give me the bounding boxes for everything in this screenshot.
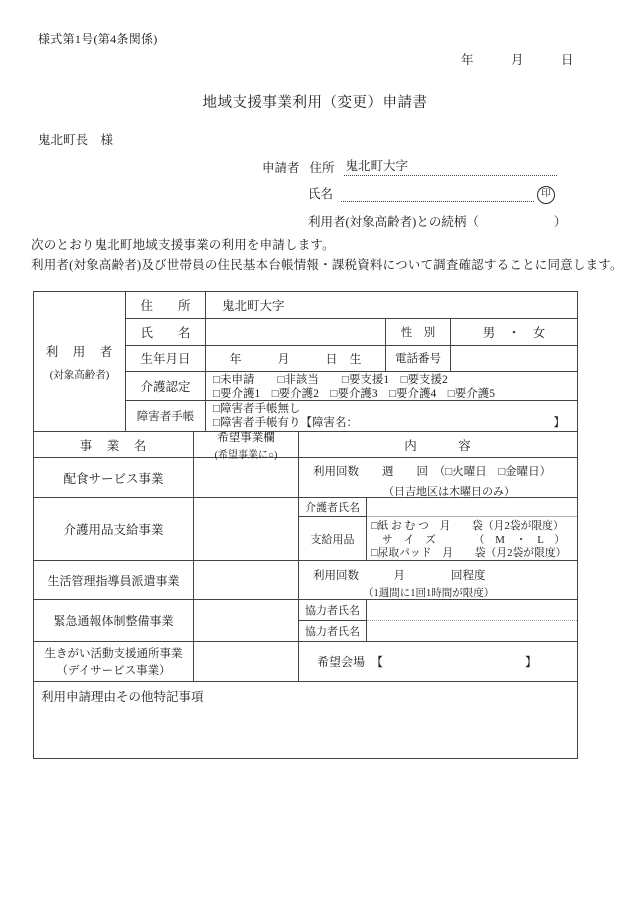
supplied-items-options: □紙 お む つ 月 袋（月2袋が限度） サ イ ズ （ M ・ L ） □尿取… — [367, 517, 577, 560]
gender-value: 男 ・ 女 — [451, 319, 577, 345]
advisor-note-line: （1週間に1回1時間が限度） — [313, 585, 577, 600]
advisor-content: 利用回数 月 回程度 （1週間に1回1時間が限度） — [299, 561, 577, 599]
caregiver-name-label: 介護者氏名 — [299, 498, 367, 517]
service-header-name: 事 業 名 — [34, 432, 194, 457]
helper2-subrow: 協力者氏名 — [299, 621, 577, 642]
user-group-cell: 利 用 者 (対象高齢者) — [34, 292, 126, 431]
address-row: 住 所 鬼北町大字 — [126, 292, 577, 319]
emergency-wish-cell — [194, 600, 299, 641]
caregiver-name-value-cell — [367, 498, 577, 517]
daycare-service-name: 生きがい活動支援通所事業 （デイサービス事業） — [34, 642, 194, 681]
item-size-options: （ M ・ L ） — [474, 534, 569, 548]
care-certification-options: □未申請 □非該当 □要支援1 □要支援2 □要介護1 □要介護2 □要介護3 … — [206, 372, 577, 400]
daycare-name-line2: （デイサービス事業） — [56, 662, 170, 678]
phone-label: 電話番号 — [386, 346, 451, 372]
daycare-wish-cell — [194, 642, 299, 681]
meal-usage-line: 利用回数 週 回 （□火曜日 □金曜日） — [313, 463, 577, 479]
care-options-line1: □未申請 □非該当 □要支援1 □要支援2 — [213, 374, 573, 388]
applicant-name-field — [341, 200, 534, 202]
user-group-label: 利 用 者 — [46, 342, 114, 360]
care-certification-label: 介護認定 — [126, 372, 206, 400]
name-value-cell — [206, 319, 386, 345]
seal-mark-icon: 印 — [537, 186, 555, 204]
advisor-wish-cell — [194, 561, 299, 599]
daycare-name-line1: 生きがい活動支援通所事業 — [45, 645, 183, 661]
applicant-label: 申請者 — [262, 158, 300, 176]
service-header-content: 内 容 — [299, 432, 577, 457]
disability-option-has: □障害者手帳有り【障害名： — [213, 416, 358, 430]
helper1-label: 協力者氏名 — [299, 600, 367, 621]
applicant-address-line: 申請者 住所 鬼北町大字 — [262, 156, 557, 176]
emergency-service-name: 緊急通報体制整備事業 — [34, 600, 194, 641]
caregiver-name-subrow: 介護者氏名 — [299, 498, 577, 517]
advisor-usage-line: 利用回数 月 回程度 — [313, 567, 577, 583]
address-label: 住 所 — [126, 292, 206, 318]
applicant-address-label: 住所 — [310, 158, 335, 176]
meal-note-line: （日吉地区は木曜日のみ） — [313, 483, 577, 499]
content-column-label: 内 容 — [404, 436, 472, 454]
meal-service-name: 配食サービス事業 — [34, 458, 194, 497]
service-header-row: 事 業 名 希望事業欄 (希望事業に○) 内 容 — [34, 432, 577, 458]
daycare-service-row: 生きがい活動支援通所事業 （デイサービス事業） 希望会場 【 】 — [34, 642, 577, 682]
helper2-label: 協力者氏名 — [299, 621, 367, 642]
advisor-service-row: 生活管理指導員派遣事業 利用回数 月 回程度 （1週間に1回1時間が限度） — [34, 561, 577, 600]
daycare-content: 希望会場 【 】 — [299, 642, 577, 681]
helper2-value-cell — [367, 621, 577, 642]
name-label: 氏 名 — [126, 319, 206, 345]
name-row: 氏 名 性 別 男 ・ 女 — [126, 319, 577, 346]
remarks-row: 利用申請理由その他特記事項 — [34, 682, 577, 758]
applicant-name-line: 氏名 印 — [308, 184, 555, 202]
user-group-sublabel: (対象高齢者) — [50, 367, 110, 382]
page-title: 地域支援事業利用（変更）申請書 — [0, 91, 630, 112]
application-table: 利 用 者 (対象高齢者) 住 所 鬼北町大字 氏 名 性 別 男 ・ 女 生年… — [33, 291, 578, 759]
gender-label: 性 別 — [386, 319, 451, 345]
phone-value-cell — [451, 346, 577, 372]
item-diapers: □紙 お む つ 月 袋（月2袋が限度） — [371, 520, 569, 534]
disability-option-none: □障害者手帳無し — [213, 402, 577, 416]
supplies-service-name: 介護用品支給事業 — [34, 498, 194, 560]
supplied-items-label: 支給用品 — [299, 517, 367, 560]
disability-options: □障害者手帳無し □障害者手帳有り【障害名： 】 — [206, 401, 577, 431]
user-section: 利 用 者 (対象高齢者) 住 所 鬼北町大字 氏 名 性 別 男 ・ 女 生年… — [34, 292, 577, 432]
applicant-name-label: 氏名 — [308, 184, 333, 202]
daycare-venue-label: 希望会場 【 — [317, 653, 383, 670]
address-value: 鬼北町大字 — [206, 292, 577, 318]
care-options-line2: □要介護1 □要介護2 □要介護3 □要介護4 □要介護5 — [213, 388, 573, 402]
care-certification-row: 介護認定 □未申請 □非該当 □要支援1 □要支援2 □要介護1 □要介護2 □… — [126, 372, 577, 401]
birthdate-row: 生年月日 年 月 日 生 電話番号 — [126, 346, 577, 373]
date-line: 年 月 日 — [461, 50, 574, 68]
meal-service-row: 配食サービス事業 利用回数 週 回 （□火曜日 □金曜日） （日吉地区は木曜日の… — [34, 458, 577, 498]
disability-bracket-close: 】 — [554, 416, 578, 430]
item-pads: □尿取パッド 月 袋（月2袋が限度） — [371, 547, 569, 561]
service-header-wish: 希望事業欄 (希望事業に○) — [194, 432, 299, 457]
form-number: 様式第1号(第4条関係) — [38, 30, 158, 47]
supplies-service-row: 介護用品支給事業 介護者氏名 支給用品 □紙 お む つ 月 袋（月2袋が限度）… — [34, 498, 577, 561]
supplies-wish-cell — [194, 498, 299, 560]
helper1-subrow: 協力者氏名 — [299, 600, 577, 621]
disability-label: 障害者手帳 — [126, 401, 206, 431]
item-size-label: サ イ ズ — [382, 534, 436, 548]
birthdate-value: 年 月 日 生 — [206, 346, 386, 372]
disability-row: 障害者手帳 □障害者手帳無し □障害者手帳有り【障害名： 】 — [126, 401, 577, 431]
advisor-service-name: 生活管理指導員派遣事業 — [34, 561, 194, 599]
declaration-line-1: 次のとおり鬼北町地域支援事業の利用を申請します。 — [31, 235, 335, 253]
meal-wish-cell — [194, 458, 299, 497]
meal-content: 利用回数 週 回 （□火曜日 □金曜日） （日吉地区は木曜日のみ） — [299, 458, 577, 497]
addressee: 鬼北町長 様 — [38, 130, 113, 148]
declaration-line-2: 利用者(対象高齢者)及び世帯員の住民基本台帳情報・課税資料について調査確認するこ… — [31, 255, 623, 273]
applicant-relation-line: 利用者(対象高齢者)との続柄（ ） — [308, 212, 566, 230]
daycare-bracket-close: 】 — [525, 653, 577, 670]
helper1-value-cell — [367, 600, 577, 621]
application-form-page: 様式第1号(第4条関係) 年 月 日 地域支援事業利用（変更）申請書 鬼北町長 … — [0, 0, 630, 903]
emergency-service-row: 緊急通報体制整備事業 協力者氏名 協力者氏名 — [34, 600, 577, 642]
applicant-address-value: 鬼北町大字 — [344, 156, 557, 176]
birthdate-label: 生年月日 — [126, 346, 206, 372]
supplied-items-subrow: 支給用品 □紙 お む つ 月 袋（月2袋が限度） サ イ ズ （ M ・ L … — [299, 517, 577, 560]
remarks-label: 利用申請理由その他特記事項 — [34, 682, 204, 758]
